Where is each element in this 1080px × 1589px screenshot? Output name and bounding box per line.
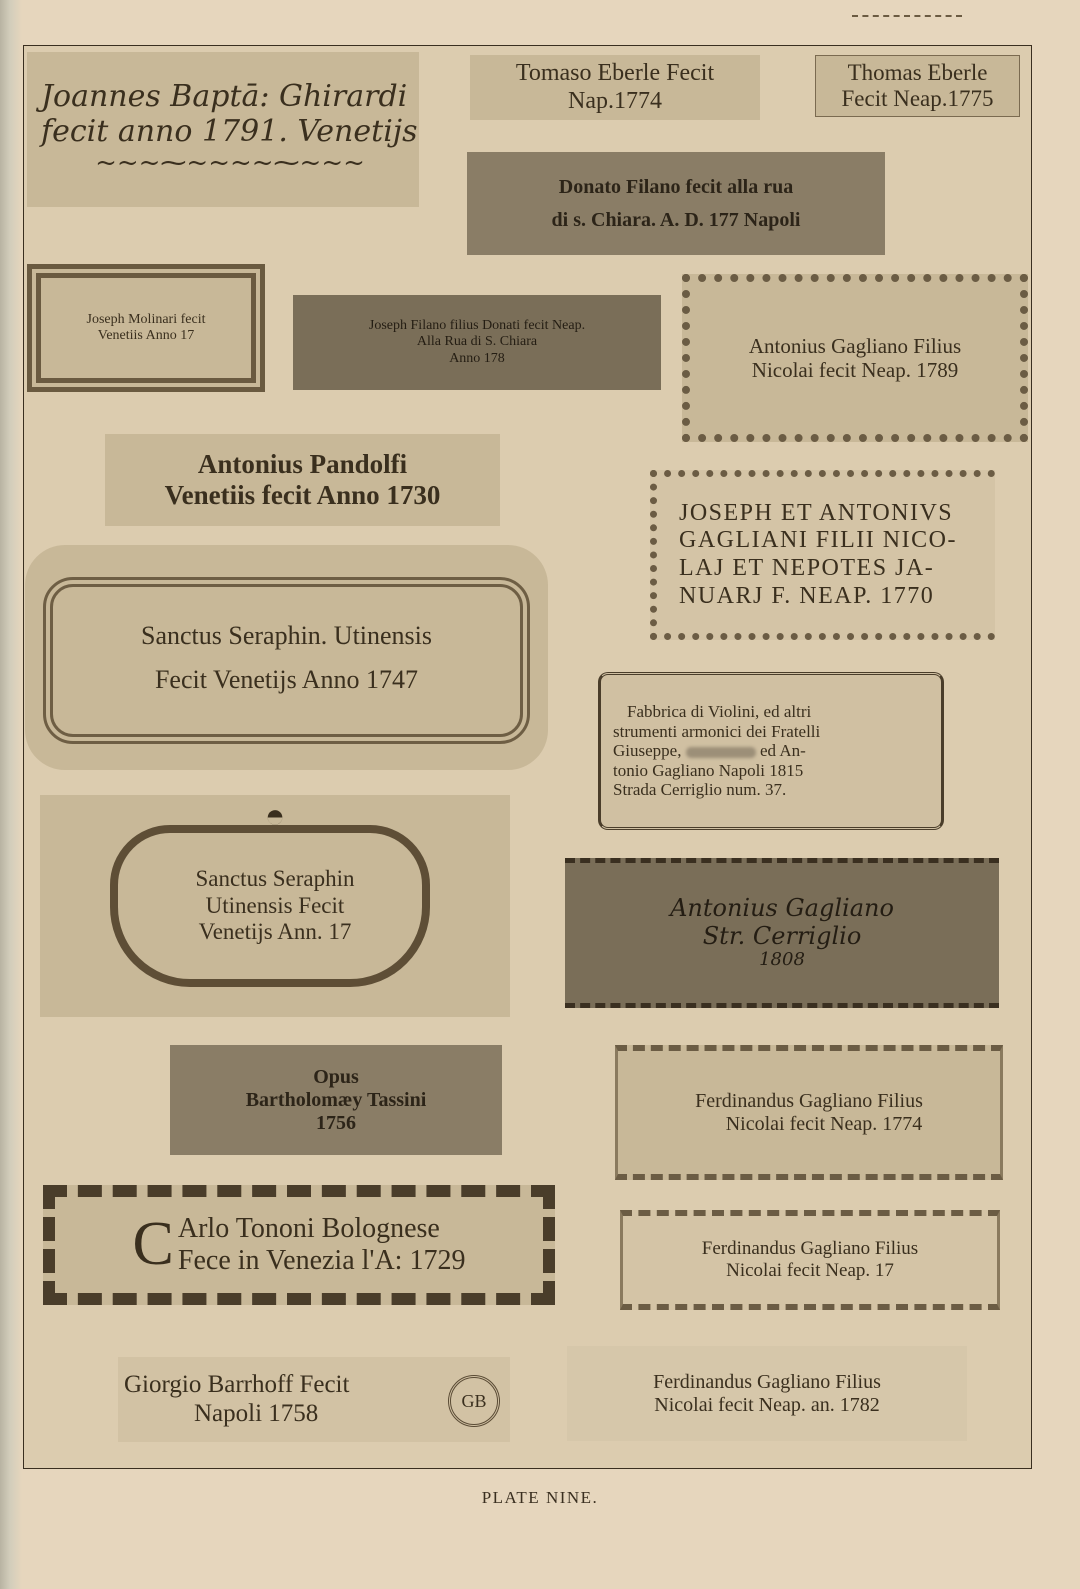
label-line: Alla Rua di S. Chiara — [417, 334, 537, 350]
label-line: LAJ ET NEPOTES JA- — [679, 555, 934, 583]
label-line: Napoli 1758 — [124, 1400, 318, 1429]
label-line: Nicolai fecit Neap. an. 1782 — [654, 1394, 879, 1417]
label-ferdinandus-1782: Ferdinandus Gagliano Filius Nicolai feci… — [567, 1346, 967, 1441]
label-line: Joseph Filano filius Donati fecit Neap. — [369, 318, 585, 334]
label-line: Ferdinandus Gagliano Filius — [653, 1371, 881, 1394]
label-pandolfi: Antonius Pandolfi Venetiis fecit Anno 17… — [105, 434, 500, 526]
label-line: NUARJ F. NEAP. 1770 — [679, 583, 934, 611]
label-line: Giuseppe, ed An- — [613, 741, 806, 761]
label-line: Donato Filano fecit alla rua — [559, 176, 793, 199]
page-rule-decoration — [852, 15, 962, 17]
label-line: Anno 178 — [449, 351, 505, 367]
label-molinari: Joseph Molinari fecit Venetiis Anno 17 — [27, 264, 265, 392]
plate-caption: PLATE NINE. — [0, 1488, 1080, 1508]
label-thomas-eberle: Thomas Eberle Fecit Neap.1775 — [815, 55, 1020, 117]
label-line: Joannes Baptā: Ghirardi — [41, 80, 407, 115]
label-line: GAGLIANI FILII NICO- — [679, 527, 957, 555]
obscured-name — [686, 747, 756, 758]
label-line: Giorgio Barrhoff Fecit — [124, 1371, 349, 1400]
label-line: strumenti armonici dei Fratelli — [613, 722, 820, 742]
gb-seal-icon: GB — [448, 1375, 500, 1427]
label-text-block: Arlo Tononi Bolognese Fece in Venezia l'… — [178, 1213, 466, 1277]
book-spine-shadow — [0, 0, 22, 1589]
label-ghirardi: Joannes Baptā: Ghirardi fecit anno 1791.… — [27, 52, 419, 207]
label-line: Sanctus Seraphin — [195, 866, 354, 892]
label-line: Ferdinandus Gagliano Filius — [695, 1090, 923, 1113]
label-line: Fecit Neap.1775 — [841, 86, 993, 112]
label-line: Nicolai fecit Neap. 17 — [726, 1260, 894, 1282]
label-fragment: Giuseppe, — [613, 741, 681, 760]
label-barrhoff: Giorgio Barrhoff Fecit Napoli 1758 GB — [118, 1357, 510, 1442]
label-line: Nicolai fecit Neap. 1789 — [752, 358, 958, 382]
label-line: Arlo Tononi Bolognese — [178, 1213, 440, 1245]
label-sanctus-seraphin-1747: Sanctus Seraphin. Utinensis Fecit Veneti… — [25, 545, 548, 770]
label-line: Antonius Gagliano — [670, 895, 894, 923]
label-line: Fece in Venezia l'A: 1729 — [178, 1245, 466, 1277]
label-joseph-antonius-gagliani: JOSEPH ET ANTONIVS GAGLIANI FILII NICO- … — [650, 470, 995, 640]
label-line: Bartholomæy Tassini — [246, 1089, 427, 1112]
label-tononi: C Arlo Tononi Bolognese Fece in Venezia … — [43, 1185, 555, 1305]
label-line: Antonius Pandolfi — [198, 449, 407, 480]
label-sanctus-seraphin-17: ◓ Sanctus Seraphin Utinensis Fecit Venet… — [40, 795, 510, 1017]
label-line: Antonius Gagliano Filius — [749, 334, 961, 358]
label-line: Nap.1774 — [568, 88, 662, 116]
label-tassini: Opus Bartholomæy Tassini 1756 — [170, 1045, 502, 1155]
label-line: Opus — [313, 1066, 359, 1089]
label-ferdinandus-1774: Ferdinandus Gagliano Filius Nicolai feci… — [615, 1045, 1003, 1180]
label-line: Fecit Venetijs Anno 1747 — [155, 665, 418, 695]
flourish-ornament: ~~~⁓~~~~⁓~~~ — [95, 149, 365, 179]
label-line: Thomas Eberle — [848, 60, 988, 86]
label-donato-filano: Donato Filano fecit alla rua di s. Chiar… — [467, 152, 885, 255]
label-line: Utinensis Fecit — [206, 893, 345, 919]
label-line: Venetijs Ann. 17 — [199, 919, 352, 945]
label-line: 1756 — [316, 1112, 356, 1135]
label-line: tonio Gagliano Napoli 1815 — [613, 761, 803, 781]
label-fabbrica-violini: Fabbrica di Violini, ed altri strumenti … — [598, 672, 944, 830]
label-line: 1808 — [759, 950, 805, 971]
label-line: Nicolai fecit Neap. 1774 — [696, 1113, 923, 1136]
label-antonius-gagliano-1789: Antonius Gagliano Filius Nicolai fecit N… — [682, 274, 1028, 442]
label-tomaso-eberle: Tomaso Eberle Fecit Nap.1774 — [470, 55, 760, 120]
label-line: Strada Cerriglio num. 37. — [613, 780, 786, 800]
label-line: JOSEPH ET ANTONIVS — [679, 500, 953, 528]
ribbon-cartouche-ornament — [43, 577, 530, 744]
label-ferdinandus-17: Ferdinandus Gagliano Filius Nicolai feci… — [620, 1210, 1000, 1310]
label-line: Tomaso Eberle Fecit — [516, 60, 714, 88]
label-line: Fabbrica di Violini, ed altri — [613, 702, 811, 722]
label-line: Joseph Molinari fecit — [87, 312, 206, 328]
shell-ornament: ◓ — [265, 797, 286, 836]
label-line: Ferdinandus Gagliano Filius — [702, 1238, 918, 1260]
label-line: Str. Cerriglio — [703, 923, 862, 951]
label-joseph-filano: Joseph Filano filius Donati fecit Neap. … — [293, 295, 661, 390]
label-line: Venetiis fecit Anno 1730 — [165, 480, 441, 511]
label-antonius-gagliano-1808: Antonius Gagliano Str. Cerriglio 1808 — [565, 858, 999, 1008]
label-line: fecit anno 1791. Venetijs — [41, 115, 417, 150]
label-line: Sanctus Seraphin. Utinensis — [141, 621, 432, 651]
label-line: di s. Chiara. A. D. 177 Napoli — [552, 209, 801, 232]
label-fragment: ed An- — [760, 741, 806, 760]
label-line: Venetiis Anno 17 — [98, 328, 194, 344]
initial-letter: C — [133, 1217, 174, 1273]
